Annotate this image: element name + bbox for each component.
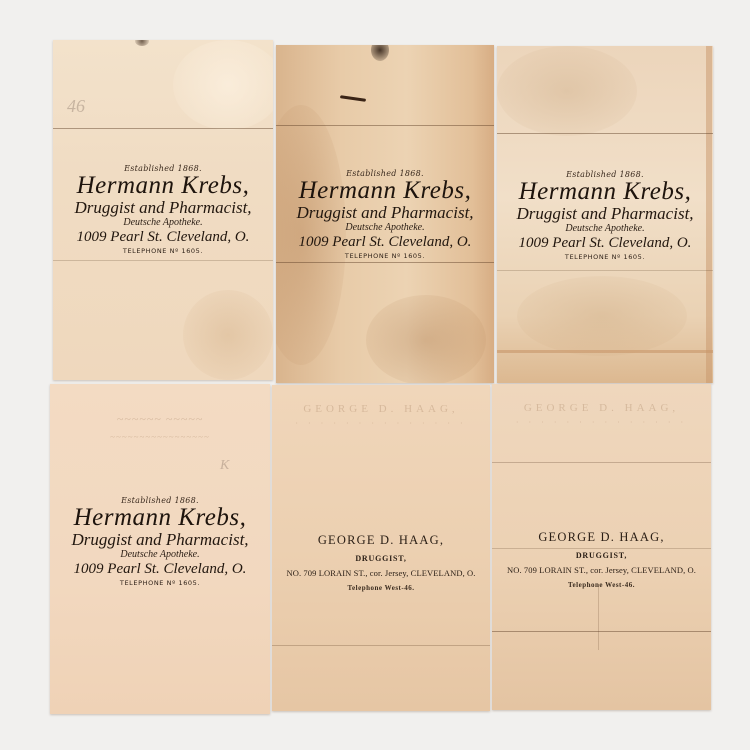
offset-ghost-text: · · · · · · · · · · · · · · <box>492 418 711 427</box>
business-name: Hermann Krebs, <box>53 173 273 199</box>
business-name: Hermann Krebs, <box>50 505 270 531</box>
krebs-letterhead: Established 1868. Hermann Krebs, Druggis… <box>497 170 713 261</box>
letterhead-sheet-top-left: 46 Established 1868. Hermann Krebs, Drug… <box>53 40 273 380</box>
krebs-letterhead: Established 1868. Hermann Krebs, Druggis… <box>50 496 270 587</box>
water-stain <box>517 276 687 356</box>
letterhead-sheet-top-right: Established 1868. Hermann Krebs, Druggis… <box>497 46 713 383</box>
telephone-number: TELEPHONE Nº 1605. <box>53 247 273 255</box>
krebs-letterhead: Established 1868. Hermann Krebs, Druggis… <box>53 164 273 255</box>
business-name: Hermann Krebs, <box>497 179 713 205</box>
business-title: Druggist and Pharmacist, <box>276 204 494 222</box>
fold-crease <box>276 125 494 126</box>
offset-ghost-text: ~~~~~~~~~~~~~~~~~ <box>50 432 270 442</box>
business-address: 1009 Pearl St. Cleveland, O. <box>53 229 273 245</box>
fold-crease-vertical <box>598 584 599 650</box>
business-address: 1009 Pearl St. Cleveland, O. <box>497 235 713 251</box>
business-address: 1009 Pearl St. Cleveland, O. <box>50 561 270 577</box>
telephone-number: Telephone West-46. <box>492 581 711 589</box>
offset-ghost-text: ~~~~~~ ~~~~~ <box>50 412 270 427</box>
water-stain <box>497 46 637 136</box>
business-title: Druggist and Pharmacist, <box>53 199 273 217</box>
letterhead-sheet-top-middle: Established 1868. Hermann Krebs, Druggis… <box>276 45 494 383</box>
business-name: GEORGE D. HAAG, <box>492 530 711 545</box>
pencil-note: 46 <box>67 96 85 117</box>
fold-crease <box>492 462 711 463</box>
water-stain <box>173 40 273 130</box>
business-title: Druggist and Pharmacist, <box>50 531 270 549</box>
business-address: 1009 Pearl St. Cleveland, O. <box>276 234 494 250</box>
telephone-number: Telephone West-46. <box>272 584 490 592</box>
business-role: DRUGGIST, <box>272 554 490 563</box>
business-name: Hermann Krebs, <box>276 178 494 204</box>
ink-spot <box>135 40 149 46</box>
ink-mark <box>340 95 366 102</box>
business-address: NO. 709 LORAIN ST., cor. Jersey, CLEVELA… <box>492 565 711 575</box>
business-name: GEORGE D. HAAG, <box>272 533 490 548</box>
letterhead-sheet-bottom-right: GEORGE D. HAAG, · · · · · · · · · · · · … <box>492 384 711 710</box>
german-subtitle: Deutsche Apotheke. <box>276 222 494 234</box>
business-address: NO. 709 LORAIN ST., cor. Jersey, CLEVELA… <box>272 568 490 578</box>
offset-ghost-text: GEORGE D. HAAG, <box>272 403 490 415</box>
fold-crease <box>497 133 713 134</box>
fold-crease <box>276 262 494 263</box>
haag-letterhead: GEORGE D. HAAG, DRUGGIST, NO. 709 LORAIN… <box>492 530 711 589</box>
business-title: Druggist and Pharmacist, <box>497 205 713 223</box>
german-subtitle: Deutsche Apotheke. <box>497 223 713 235</box>
telephone-number: TELEPHONE Nº 1605. <box>497 253 713 261</box>
haag-letterhead: GEORGE D. HAAG, DRUGGIST, NO. 709 LORAIN… <box>272 533 490 592</box>
business-role: DRUGGIST, <box>492 551 711 560</box>
water-stain <box>366 295 486 383</box>
telephone-number: TELEPHONE Nº 1605. <box>50 579 270 587</box>
fold-crease <box>492 631 711 632</box>
offset-ghost-text: · · · · · · · · · · · · · · <box>272 419 490 428</box>
fold-crease <box>497 270 713 271</box>
fold-crease <box>53 260 273 261</box>
water-stain <box>183 290 273 380</box>
offset-ghost-text: GEORGE D. HAAG, <box>492 402 711 414</box>
letterhead-sheet-bottom-middle: GEORGE D. HAAG, · · · · · · · · · · · · … <box>272 385 490 711</box>
pencil-note: K <box>220 458 229 474</box>
telephone-number: TELEPHONE Nº 1605. <box>276 252 494 260</box>
german-subtitle: Deutsche Apotheke. <box>53 217 273 229</box>
fold-crease <box>497 350 713 353</box>
krebs-letterhead: Established 1868. Hermann Krebs, Druggis… <box>276 169 494 260</box>
fold-crease <box>272 645 490 646</box>
german-subtitle: Deutsche Apotheke. <box>50 549 270 561</box>
fold-crease <box>53 128 273 129</box>
ink-spot <box>371 45 389 61</box>
photo-scene: { "scene": { "description": "Six antique… <box>0 0 750 750</box>
letterhead-sheet-bottom-left: ~~~~~~ ~~~~~ ~~~~~~~~~~~~~~~~~ K Establi… <box>50 384 270 714</box>
